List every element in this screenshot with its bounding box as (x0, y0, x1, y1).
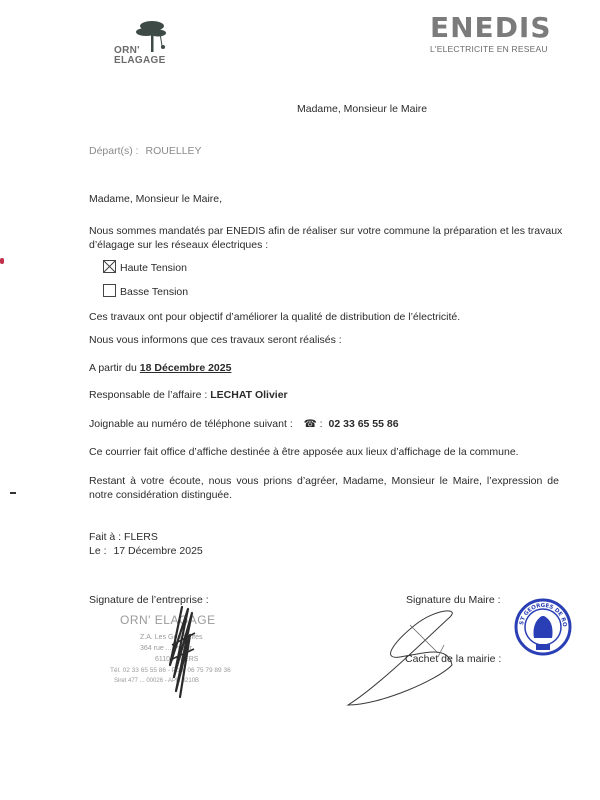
notice-text: Ce courrier fait office d’affiche destin… (89, 445, 519, 459)
orn-elagage-logo: ORN' ELAGAGE (110, 18, 180, 68)
checkbox-checked[interactable] (103, 260, 116, 273)
option-haute-tension[interactable]: Haute Tension (103, 260, 187, 275)
start-date-line: A partir du 18 Décembre 2025 (89, 361, 231, 375)
company-stamp: ORN' ELAGAGE Z.A. Les Gondreffes 364 rue… (110, 605, 270, 705)
objective-text: Ces travaux ont pour objectif d’améliore… (89, 310, 460, 324)
scan-margin-dash (10, 492, 16, 494)
departs-line: Départ(s) : ROUELLEY (89, 144, 202, 158)
departs-label: Départ(s) : (89, 145, 139, 157)
inform-text: Nous vous informons que ces travaux sero… (89, 333, 342, 347)
phone-line: Joignable au numéro de téléphone suivant… (89, 417, 399, 431)
place-line: Fait à : FLERS (89, 530, 158, 544)
enedis-tagline: L'ELECTRICITE EN RESEAU (430, 44, 552, 54)
option-basse-tension[interactable]: Basse Tension (103, 284, 188, 299)
option-label: Haute Tension (120, 262, 187, 274)
departs-value: ROUELLEY (146, 145, 202, 157)
start-prefix: A partir du (89, 362, 137, 374)
salutation: Madame, Monsieur le Maire, (89, 192, 222, 206)
phone-separator: : (320, 418, 323, 430)
closing-paragraph: Restant à votre écoute, nous vous prions… (89, 474, 559, 502)
manager-name: LECHAT Olivier (210, 389, 287, 401)
scan-margin-mark (0, 258, 4, 264)
enedis-brand: ENEDIS (430, 14, 552, 42)
recipient: Madame, Monsieur le Maire (297, 102, 427, 116)
checkbox-unchecked[interactable] (103, 284, 116, 297)
enedis-logo: ENEDIS L'ELECTRICITE EN RESEAU (430, 14, 552, 54)
mairie-stamp: ST GEORGES DE ROUELLEY (514, 598, 572, 656)
place-value: FLERS (124, 531, 158, 543)
logo-line2: ELAGAGE (114, 56, 166, 66)
date-label: Le : (89, 545, 107, 557)
place-label: Fait à : (89, 531, 121, 543)
date-value: 17 Décembre 2025 (113, 545, 202, 557)
logo-text: ORN' ELAGAGE (114, 46, 166, 66)
manager-label: Responsable de l’affaire : (89, 389, 207, 401)
intro-paragraph: Nous sommes mandatés par ENEDIS afin de … (89, 224, 569, 252)
telephone-icon: ☎ (304, 418, 317, 430)
phone-number: 02 33 65 55 86 (329, 418, 399, 430)
date-line: Le : 17 Décembre 2025 (89, 544, 203, 558)
mayor-signature-scribble (340, 605, 490, 715)
company-signature-scribble (110, 605, 270, 705)
phone-label: Joignable au numéro de téléphone suivant… (89, 418, 293, 430)
manager-line: Responsable de l’affaire : LECHAT Olivie… (89, 388, 288, 402)
option-label: Basse Tension (120, 286, 188, 298)
start-date: 18 Décembre 2025 (140, 362, 232, 374)
